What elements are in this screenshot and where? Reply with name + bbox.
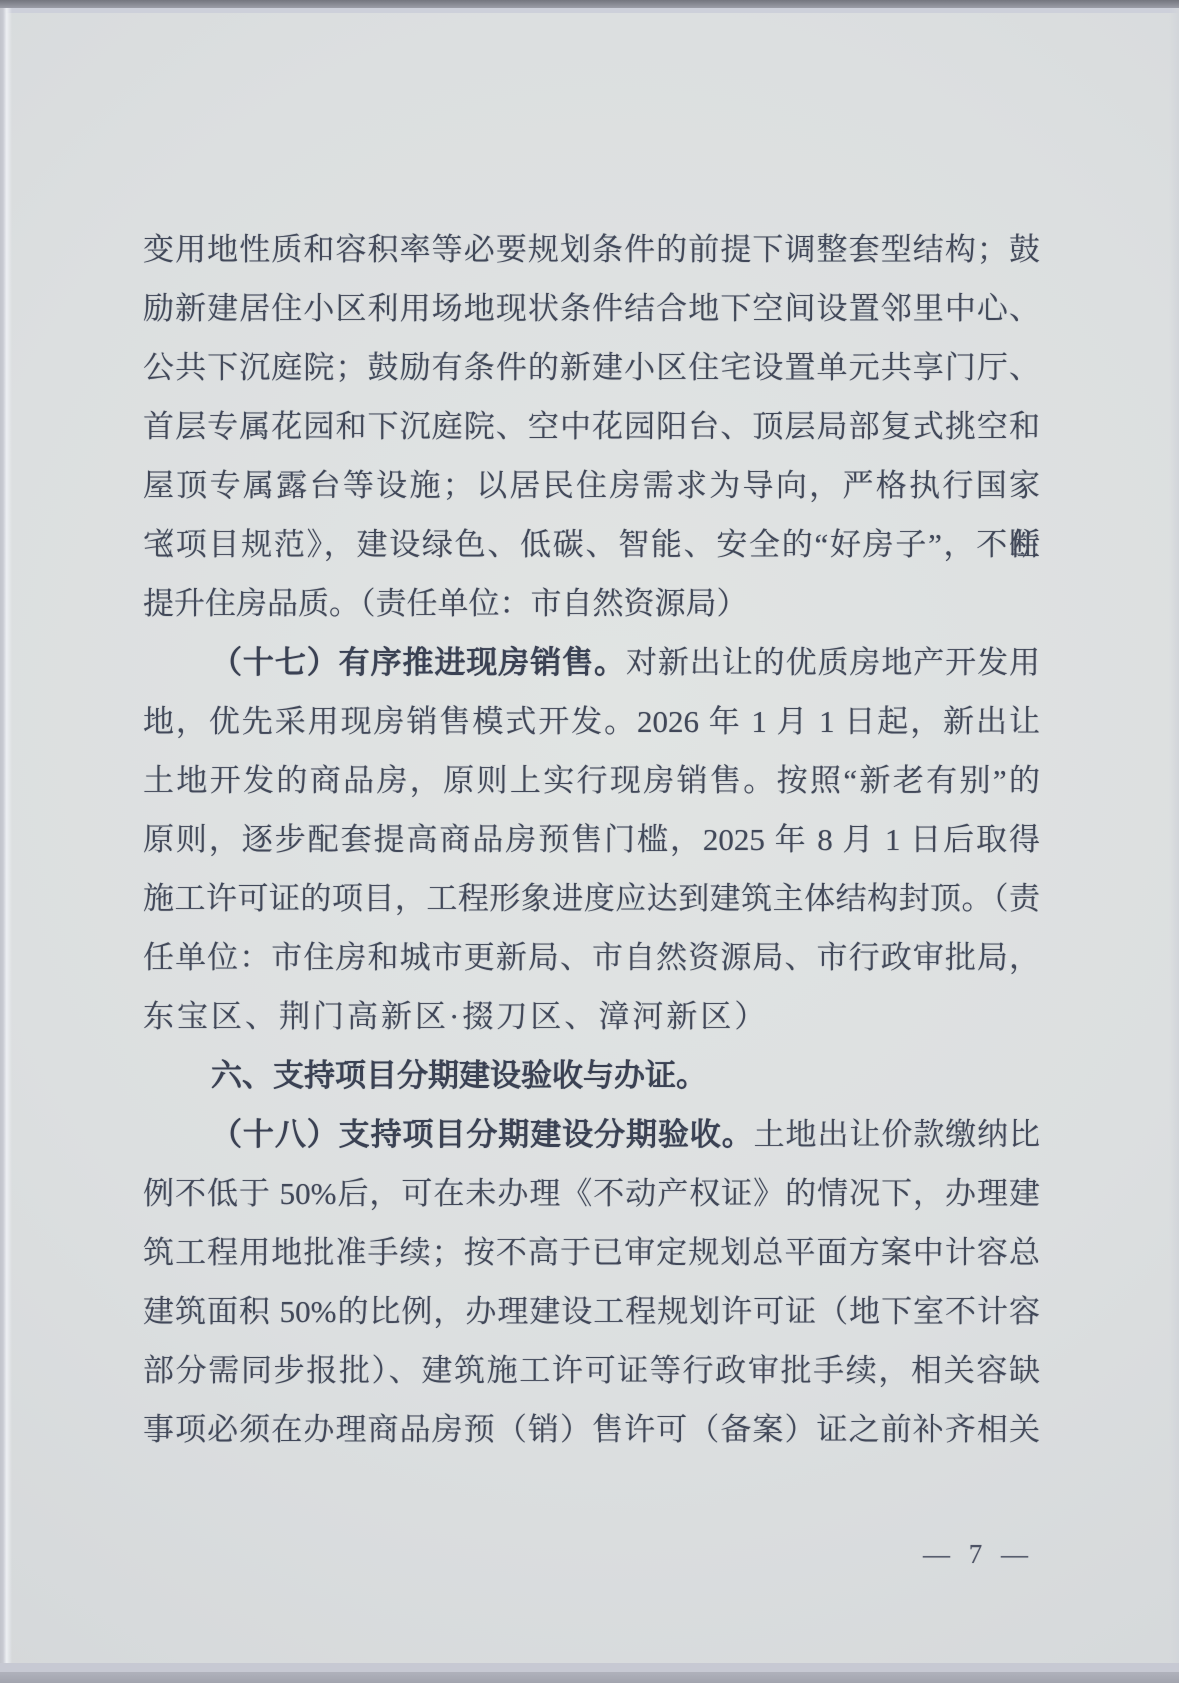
- doc-line-3: 公共下沉庭院；鼓励有条件的新建小区住宅设置单元共享门厅、: [143, 338, 1040, 397]
- line-text: 例不低于 50%后，可在未办理《不动产权证》的情况下，办理建: [143, 1176, 1040, 1211]
- doc-line-13: 任单位：市住房和城市更新局、市自然资源局、市行政审批局，: [143, 928, 1040, 987]
- doc-line-18: 筑工程用地批准手续；按不高于已审定规划总平面方案中计容总: [143, 1223, 1040, 1282]
- line-text: 事项必须在办理商品房预（销）售许可（备案）证之前补齐相关: [143, 1412, 1040, 1447]
- page-bottom-edge-highlight: [0, 1663, 1179, 1672]
- line-text: 对新出让的优质房地产开发用: [626, 645, 1040, 680]
- doc-line-19: 建筑面积 50%的比例，办理建设工程规划许可证（地下室不计容: [143, 1282, 1040, 1341]
- line-text: 变用地性质和容积率等必要规划条件的前提下调整套型结构；鼓: [143, 232, 1040, 267]
- doc-line-1: 变用地性质和容积率等必要规划条件的前提下调整套型结构；鼓: [143, 220, 1040, 279]
- line-text: 励新建居住小区利用场地现状条件结合地下空间设置邻里中心、: [143, 291, 1040, 326]
- clause-18-lead: （十八）支持项目分期建设分期验收。: [211, 1117, 754, 1152]
- clause-17-lead: （十七）有序推进现房销售。: [211, 645, 626, 680]
- line-text: 土地开发的商品房，原则上实行现房销售。按照“新老有别”的: [143, 763, 1040, 798]
- page-left-edge: [0, 8, 12, 1683]
- page-right-edge: [1169, 8, 1179, 1683]
- line-text: 首层专属花园和下沉庭院、空中花园阳台、顶层局部复式挑空和: [143, 409, 1040, 444]
- doc-line-8: （十七）有序推进现房销售。对新出让的优质房地产开发用: [143, 633, 1040, 692]
- line-text: 原则，逐步配套提高商品房预售门槛，2025 年 8 月 1 日后取得: [143, 822, 1040, 857]
- viewer-bottom-bar: [0, 1672, 1179, 1683]
- page-top-edge-highlight: [0, 8, 1179, 13]
- doc-line-20: 部分需同步报批）、建筑施工许可证等行政审批手续，相关容缺: [143, 1341, 1040, 1400]
- doc-line-12: 施工许可证的项目，工程形象进度应达到建筑主体结构封顶。（责: [143, 869, 1040, 928]
- line-text: 东宝区、荆门高新区·掇刀区、漳河新区）: [143, 999, 768, 1034]
- line-text: 宅项目规范》，建设绿色、低碳、智能、安全的“好房子”，不断: [143, 527, 1040, 562]
- doc-line-5: 屋顶专属露台等设施；以居民住房需求为导向，严格执行国家《住: [143, 456, 1040, 515]
- doc-line-14: 东宝区、荆门高新区·掇刀区、漳河新区）: [143, 987, 1040, 1046]
- doc-line-11: 原则，逐步配套提高商品房预售门槛，2025 年 8 月 1 日后取得: [143, 810, 1040, 869]
- scanned-document-page: 变用地性质和容积率等必要规划条件的前提下调整套型结构；鼓 励新建居住小区利用场地…: [0, 0, 1179, 1683]
- doc-line-4: 首层专属花园和下沉庭院、空中花园阳台、顶层局部复式挑空和: [143, 397, 1040, 456]
- section-6-heading: 六、支持项目分期建设验收与办证。: [211, 1058, 707, 1093]
- line-text: 任单位：市住房和城市更新局、市自然资源局、市行政审批局，: [143, 940, 1040, 975]
- line-text: 地，优先采用现房销售模式开发。2026 年 1 月 1 日起，新出让: [143, 704, 1040, 739]
- line-text: 施工许可证的项目，工程形象进度应达到建筑主体结构封顶。（责: [143, 881, 1040, 916]
- line-text: 建筑面积 50%的比例，办理建设工程规划许可证（地下室不计容: [143, 1294, 1040, 1329]
- doc-line-10: 土地开发的商品房，原则上实行现房销售。按照“新老有别”的: [143, 751, 1040, 810]
- doc-line-16: （十八）支持项目分期建设分期验收。土地出让价款缴纳比: [143, 1105, 1040, 1164]
- document-body-text: 变用地性质和容积率等必要规划条件的前提下调整套型结构；鼓 励新建居住小区利用场地…: [143, 220, 1040, 1459]
- line-text: 提升住房品质。（责任单位：市自然资源局）: [143, 586, 748, 621]
- page-number: — 7 —: [898, 1534, 1053, 1574]
- doc-line-6: 宅项目规范》，建设绿色、低碳、智能、安全的“好房子”，不断: [143, 515, 1040, 574]
- line-text: 土地出让价款缴纳比: [754, 1117, 1040, 1152]
- doc-line-7: 提升住房品质。（责任单位：市自然资源局）: [143, 574, 1040, 633]
- doc-line-2: 励新建居住小区利用场地现状条件结合地下空间设置邻里中心、: [143, 279, 1040, 338]
- doc-line-15-section-heading: 六、支持项目分期建设验收与办证。: [143, 1046, 1040, 1105]
- line-text: 公共下沉庭院；鼓励有条件的新建小区住宅设置单元共享门厅、: [143, 350, 1040, 385]
- doc-line-9: 地，优先采用现房销售模式开发。2026 年 1 月 1 日起，新出让: [143, 692, 1040, 751]
- doc-line-21: 事项必须在办理商品房预（销）售许可（备案）证之前补齐相关: [143, 1400, 1040, 1459]
- viewer-top-bar: [0, 0, 1179, 8]
- line-text: 部分需同步报批）、建筑施工许可证等行政审批手续，相关容缺: [143, 1353, 1040, 1388]
- line-text: 筑工程用地批准手续；按不高于已审定规划总平面方案中计容总: [143, 1235, 1040, 1270]
- doc-line-17: 例不低于 50%后，可在未办理《不动产权证》的情况下，办理建: [143, 1164, 1040, 1223]
